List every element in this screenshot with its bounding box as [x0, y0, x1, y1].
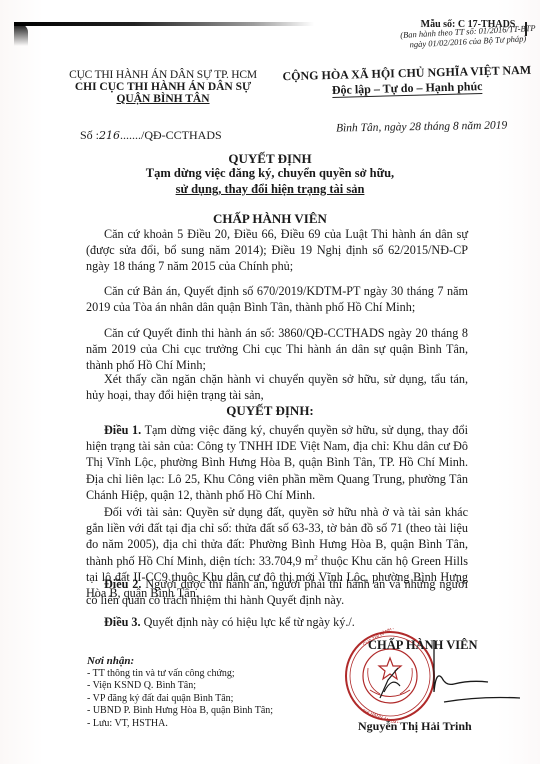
place-date: Bình Tân, ngày 28 tháng 8 năm 2019	[336, 120, 507, 135]
article-1-text: Tạm dừng việc đăng ký, chuyển quyền sở h…	[86, 423, 468, 502]
recipient-item: - UBND P. Bình Hưng Hòa B, quận Bình Tân…	[87, 705, 273, 718]
recipient-item: - Viện KSND Q. Bình Tân;	[87, 680, 273, 693]
agency-name: CHI CỤC THI HÀNH ÁN DÂN SỰ	[48, 81, 278, 93]
recipient-item: - VP đăng ký đất đai quận Bình Tân;	[87, 693, 273, 706]
issuing-agency-header: CỤC THI HÀNH ÁN DÂN SỰ TP. HCM CHI CỤC T…	[48, 69, 278, 105]
article-1-label: Điều 1.	[104, 423, 141, 437]
national-motto: Độc lập – Tự do – Hạnh phúc	[332, 79, 483, 98]
article-3-text: Quyết định này có hiệu lực kể từ ngày ký…	[141, 615, 355, 629]
decision-heading: QUYẾT ĐỊNH:	[0, 403, 540, 419]
article-2-text: Người được thi hành án, người phải thi h…	[86, 577, 468, 607]
agency-district: QUẬN BÌNH TÂN	[48, 93, 278, 105]
recipient-item: - Lưu: VT, HSTHA.	[87, 718, 273, 731]
form-code-block: Mẫu số: C 17-THADS (Ban hành theo TT số:…	[398, 20, 538, 50]
signer-title: CHẤP HÀNH VIÊN	[368, 638, 478, 653]
document-page: Mẫu số: C 17-THADS (Ban hành theo TT số:…	[0, 0, 540, 764]
number-suffix: ......./QĐ-CCTHADS	[120, 128, 222, 142]
article-1: Điều 1. Tạm dừng việc đăng ký, chuyển qu…	[86, 422, 468, 503]
parent-agency: CỤC THI HÀNH ÁN DÂN SỰ TP. HCM	[48, 69, 278, 81]
document-number: Số :216......./QĐ-CCTHADS	[80, 128, 222, 143]
national-header: CỘNG HÒA XÃ HỘI CHỦ NGHĨA VIỆT NAM Độc l…	[276, 63, 539, 100]
preamble-enforcement-decision: Căn cứ Quyết đinh thi hành án số: 3860/Q…	[86, 325, 468, 374]
preamble-consideration: Xét thấy cần ngăn chặn hành vi chuyển qu…	[86, 371, 468, 403]
signer-name: Nguyễn Thị Hải Trinh	[358, 719, 472, 734]
preamble-court-judgment: Căn cứ Bản án, Quyết định số 670/2019/KD…	[86, 283, 468, 315]
document-type: QUYẾT ĐỊNH	[0, 151, 540, 167]
number-prefix: Số :	[80, 128, 99, 142]
article-2: Điều 2. Người được thi hành án, người ph…	[86, 576, 468, 608]
article-3-label: Điều 3.	[104, 615, 141, 629]
recipients-block: Nơi nhận: - TT thông tin và tư vấn công …	[87, 655, 273, 730]
article-2-label: Điều 2.	[104, 577, 141, 591]
number-handwritten: 216	[99, 129, 120, 142]
recipient-item: - TT thông tin và tư vấn công chứng;	[87, 668, 273, 681]
authority-heading: CHẤP HÀNH VIÊN	[0, 211, 540, 227]
recipients-heading: Nơi nhận:	[87, 655, 273, 668]
document-subject-1: Tạm dừng việc đăng ký, chuyển quyền sở h…	[0, 166, 540, 181]
scan-edge-artifact	[14, 22, 314, 26]
preamble-legal-basis: Căn cứ khoản 5 Điều 20, Điều 66, Điều 69…	[86, 226, 468, 275]
document-subject-2: sử dụng, thay đổi hiện trạng tài sản	[176, 182, 365, 196]
